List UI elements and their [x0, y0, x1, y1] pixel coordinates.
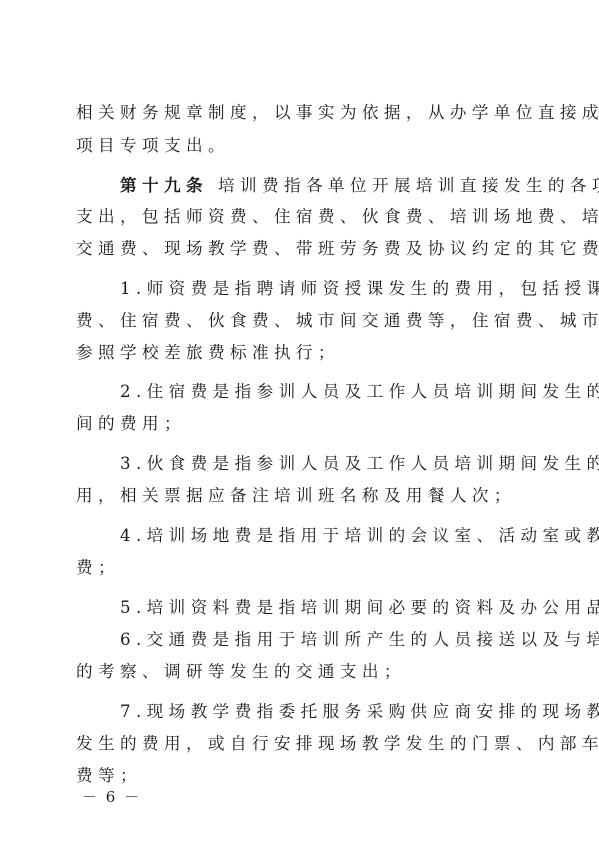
document-page: 相关财务规章制度，以事实为依据，从办学单位直接成本或培训 项目专项支出。 第十九…: [0, 0, 599, 848]
article-heading: 第十九条: [120, 175, 208, 195]
paragraph-line: 参照学校差旅费标准执行；: [76, 341, 520, 365]
list-item-7: 7.现场教学费指委托服务采购供应商安排的现场教学期间: [120, 700, 520, 724]
page-number: － 6 －: [82, 786, 141, 807]
paragraph-line: 相关财务规章制度，以事实为依据，从办学单位直接成本或培训: [76, 101, 520, 125]
article-text: 培训费指各单位开展培训直接发生的各项费用: [218, 176, 599, 195]
list-item-5: 5.培训资料费是指培训期间必要的资料及办公用品费；: [120, 596, 520, 620]
paragraph-line: 间的费用；: [76, 412, 520, 436]
list-item-1: 1.师资费是指聘请师资授课发生的费用，包括授课老师讲课: [120, 277, 520, 301]
list-item-4: 4.培训场地费是指用于培训的会议室、活动室或教室等使用: [120, 524, 520, 548]
paragraph-line: 费；: [76, 556, 520, 580]
list-item-2: 2.住宿费是指参训人员及工作人员培训期间发生的租住房: [120, 380, 520, 404]
paragraph-line: 用，相关票据应备注培训班名称及用餐人次；: [76, 484, 520, 508]
paragraph-line: 交通费、现场教学费、带班劳务费及协议约定的其它费用。: [76, 237, 520, 261]
paragraph-line: 的考察、调研等发生的交通支出；: [76, 660, 520, 684]
paragraph-line: 项目专项支出。: [76, 134, 520, 158]
paragraph-line: 费等；: [76, 764, 520, 788]
paragraph-line: 支出，包括师资费、住宿费、伙食费、培训场地费、培训资料费、: [76, 205, 520, 229]
list-item-6: 6.交通费是指用于培训所产生的人员接送以及与培训有关: [120, 628, 520, 652]
paragraph-line: 费、住宿费、伙食费、城市间交通费等，住宿费、城市间交通费: [76, 309, 520, 333]
paragraph-line: 发生的费用，或自行安排现场教学发生的门票、内部车票、讲解: [76, 732, 520, 756]
list-item-3: 3.伙食费是指参训人员及工作人员培训期间发生的用餐费: [120, 452, 520, 476]
article-19-line: 第十九条培训费指各单位开展培训直接发生的各项费用: [120, 173, 520, 197]
